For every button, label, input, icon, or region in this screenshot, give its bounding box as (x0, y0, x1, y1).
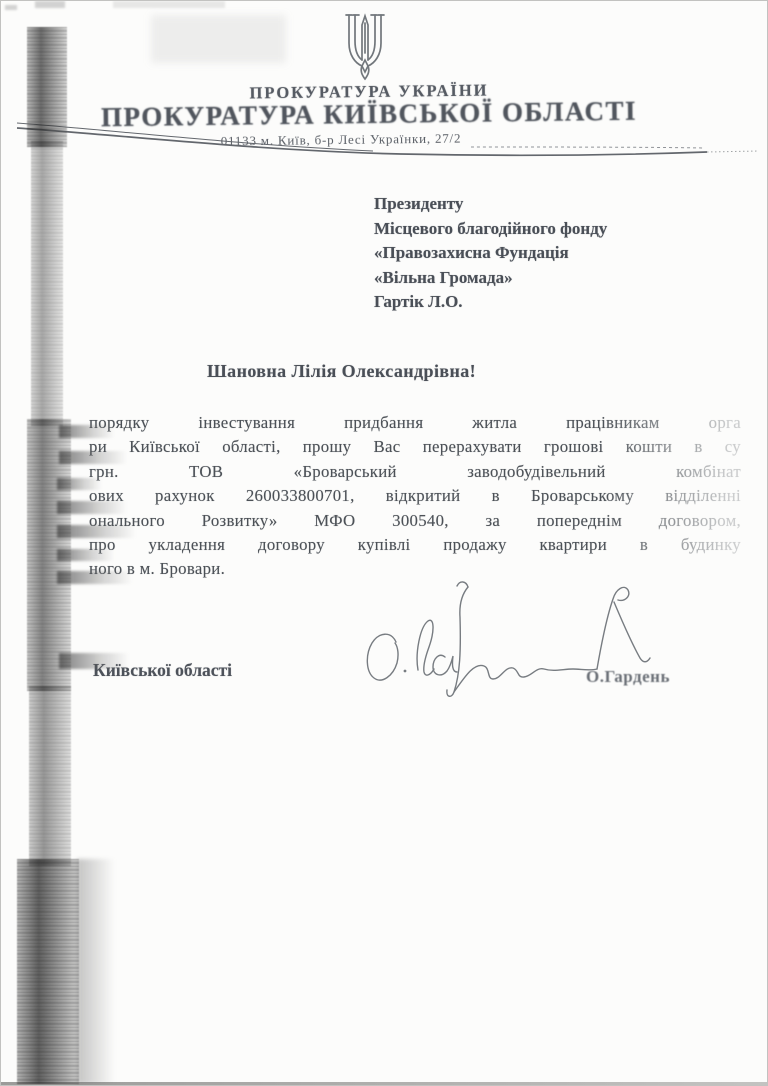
scan-artifact-smudge (59, 451, 135, 464)
recipient-line: Президенту (374, 192, 607, 217)
recipient-line: Місцевого благодійного фонду (374, 217, 607, 242)
scan-artifact-smudge (57, 525, 145, 538)
scan-artifact-smudge (57, 549, 121, 561)
salutation: Шановна Лілія Олександрівна! (207, 361, 476, 382)
scan-artifact-edge-mark (113, 1, 225, 8)
scan-artifact-band-fade (77, 859, 115, 1084)
scan-artifact-edge-mark (5, 5, 17, 10)
scan-artifact-smudge (59, 425, 121, 438)
scan-artifact-smudge (57, 478, 107, 490)
scanned-letter-page: ПРОКУРАТУРА УКРАЇНИ ПРОКУРАТУРА КИЇВСЬКО… (0, 0, 768, 1086)
recipient-line: «Правозахисна Фундація (374, 241, 607, 266)
recipient-line: Гартік Л.О. (374, 290, 607, 315)
recipient-line: «Вільна Громада» (374, 266, 607, 291)
toner-fade-artifact (601, 406, 751, 566)
scan-artifact-smudge (59, 653, 137, 669)
signoff-name: О.Гардень (586, 667, 670, 687)
ukraine-trident-icon (342, 13, 388, 81)
scan-artifact-smudge (57, 571, 141, 584)
scan-artifact-edge-mark (35, 1, 65, 8)
scan-artifact-band (17, 859, 79, 1084)
scan-artifact-band (31, 141, 63, 426)
scan-artifact-blob (151, 15, 286, 63)
scan-artifact-smudge (57, 501, 135, 514)
scan-artifact-band (29, 686, 71, 866)
recipient-block: Президенту Місцевого благодійного фонду … (374, 192, 607, 315)
scan-artifact-band (27, 27, 67, 147)
